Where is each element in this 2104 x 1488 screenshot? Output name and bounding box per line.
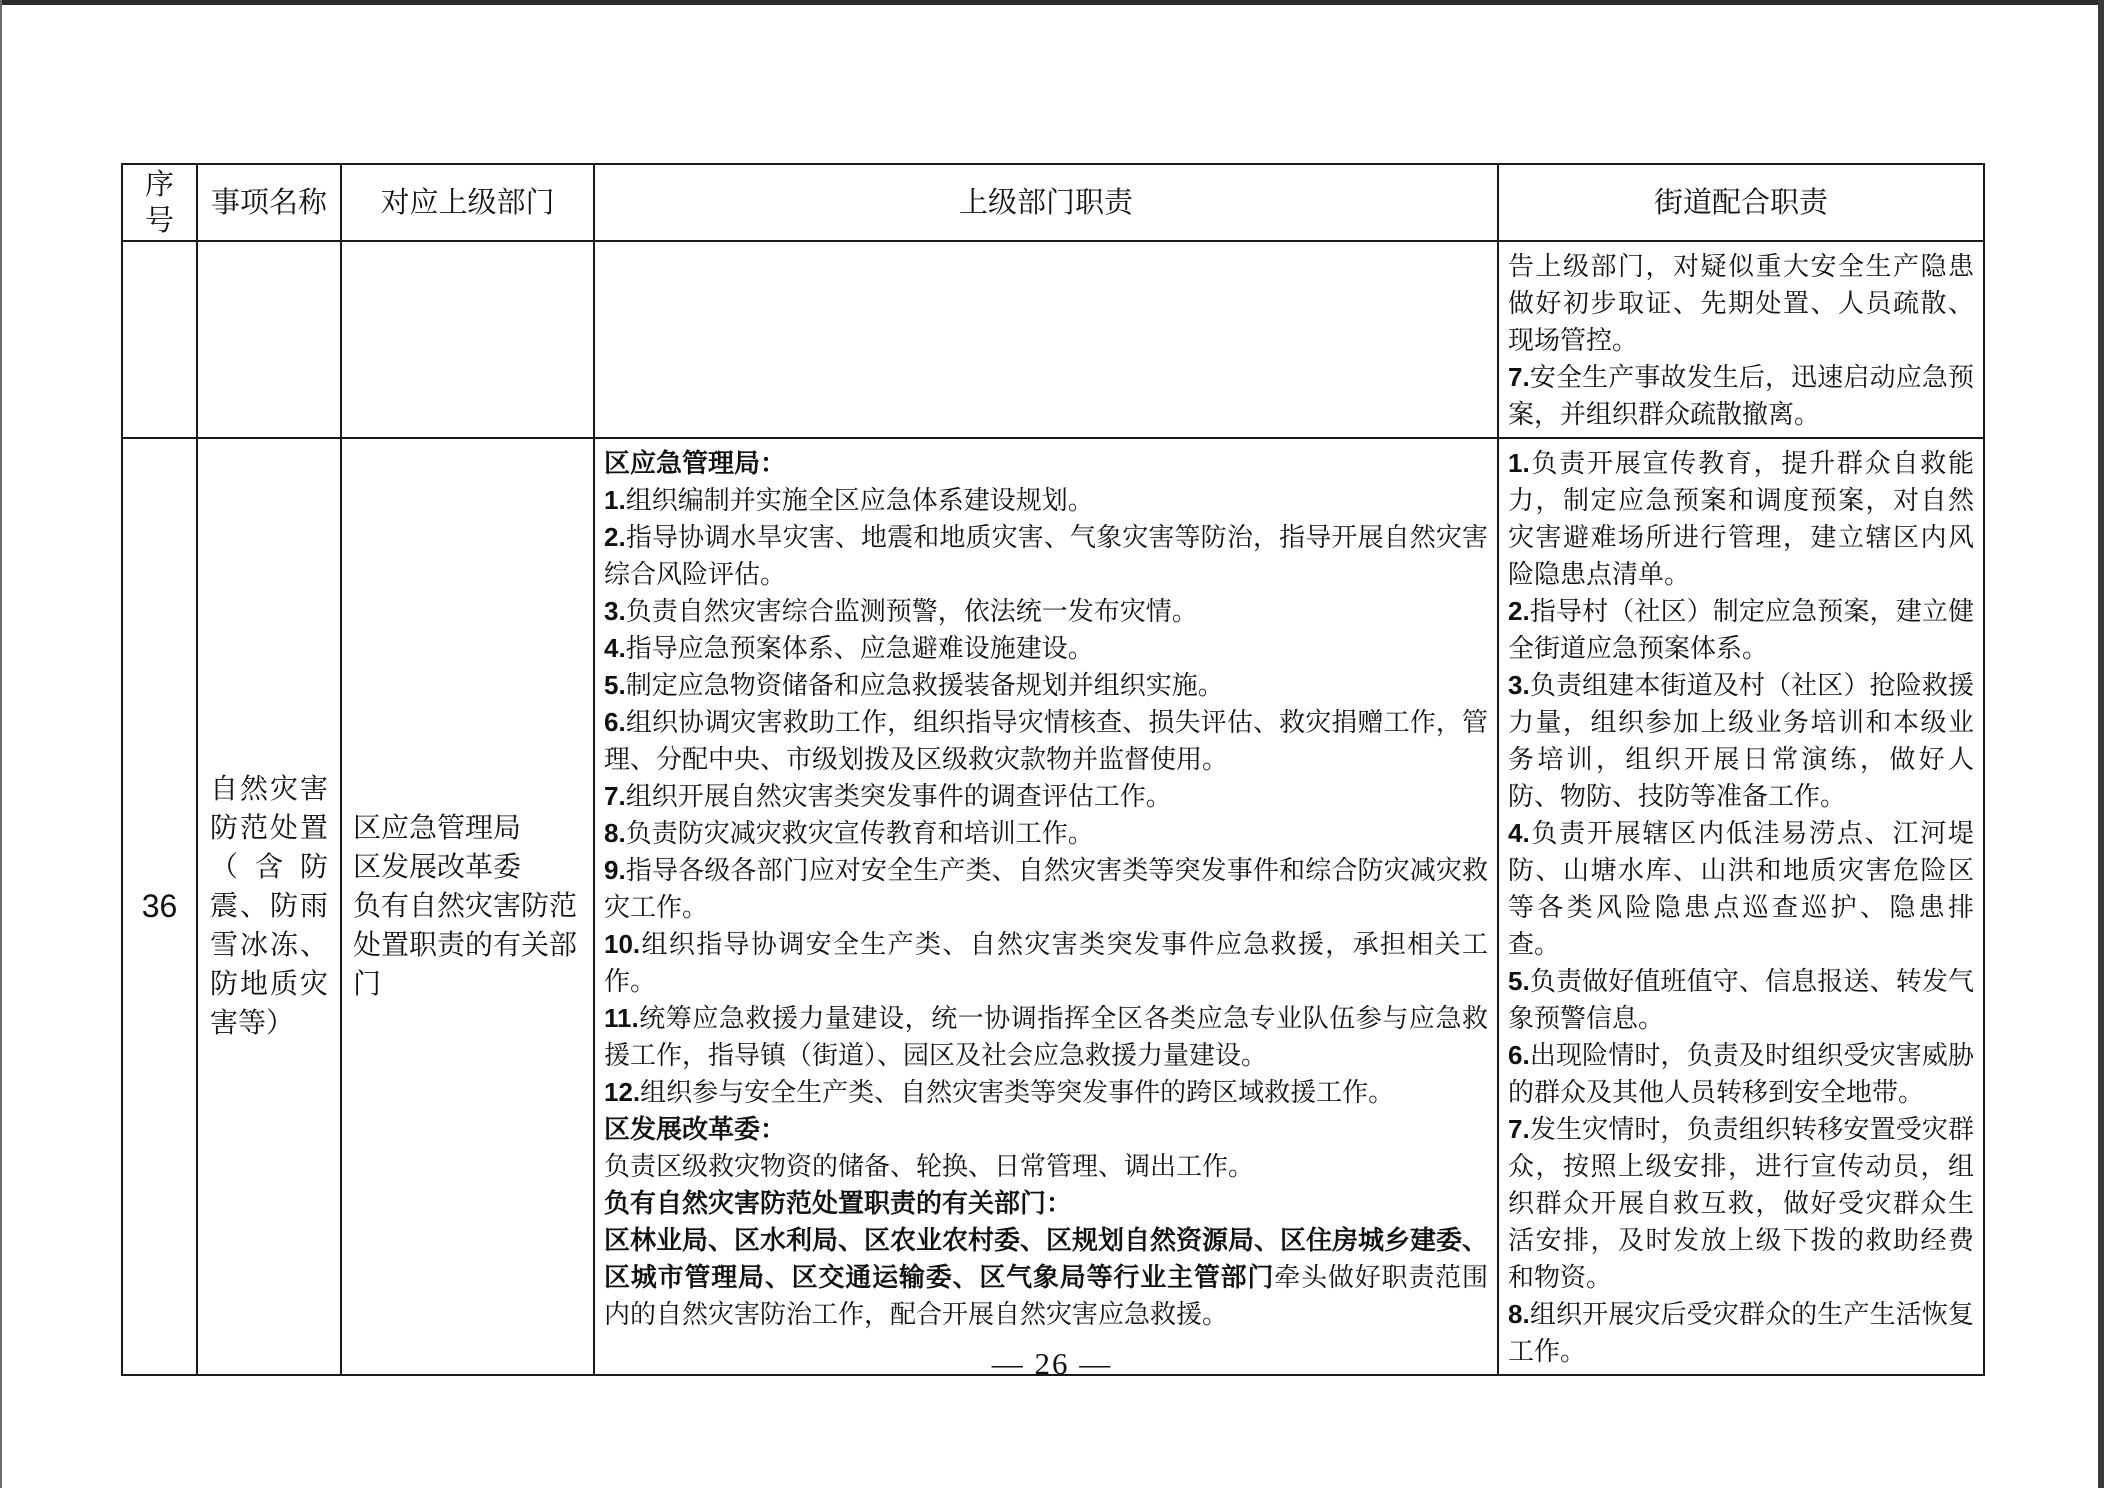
table-row-36: 36 自然灾害防范处置（含防震、防雨雪冰冻、防地质灾害等） 区应急管理局区发展改… bbox=[122, 438, 1984, 1375]
upper-departments-cell: 区应急管理局区发展改革委负有自然灾害防范处置职责的有关部门 bbox=[341, 438, 594, 1375]
carryover-street-duties-cell: 告上级部门，对疑似重大安全生产隐患做好初步取证、先期处置、人员疏散、现场管控。7… bbox=[1498, 241, 1984, 438]
item-name-cell: 自然灾害防范处置（含防震、防雨雪冰冻、防地质灾害等） bbox=[197, 438, 341, 1375]
scan-edge-left bbox=[0, 0, 2, 1488]
duty-item: 区应急管理局： bbox=[604, 445, 1488, 482]
responsibility-table: 序号 事项名称 对应上级部门 上级部门职责 街道配合职责 告上级部门，对疑似重大… bbox=[121, 163, 1985, 1376]
scan-edge-top bbox=[0, 0, 2104, 5]
duty-item: 9.指导各级各部门应对安全生产类、自然灾害类等突发事件和综合防灾减灾救灾工作。 bbox=[604, 852, 1488, 926]
duty-item: 5.负责做好值班值守、信息报送、转发气象预警信息。 bbox=[1508, 963, 1974, 1037]
header-upper-duties: 上级部门职责 bbox=[594, 164, 1498, 241]
duty-item: 4.负责开展辖区内低洼易涝点、江河堤防、山塘水库、山洪和地质灾害危险区等各类风险… bbox=[1508, 815, 1974, 963]
table-header-row: 序号 事项名称 对应上级部门 上级部门职责 街道配合职责 bbox=[122, 164, 1984, 241]
duty-item: 7.安全生产事故发生后，迅速启动应急预案，并组织群众疏散撤离。 bbox=[1508, 359, 1974, 433]
duty-item: 告上级部门，对疑似重大安全生产隐患做好初步取证、先期处置、人员疏散、现场管控。 bbox=[1508, 248, 1974, 359]
carryover-seq-cell bbox=[122, 241, 197, 438]
duty-item: 12.组织参与安全生产类、自然灾害类等突发事件的跨区域救援工作。 bbox=[604, 1074, 1488, 1111]
carryover-departments-cell bbox=[341, 241, 594, 438]
department-line: 负有自然灾害防范处置职责的有关部门 bbox=[353, 887, 582, 1004]
carryover-item-cell bbox=[197, 241, 341, 438]
item-name-text: 自然灾害防范处置（含防震、防雨雪冰冻、防地质灾害等） bbox=[210, 770, 328, 1043]
duty-item: 3.负责组建本街道及村（社区）抢险救援力量，组织参加上级业务培训和本级业务培训，… bbox=[1508, 667, 1974, 815]
header-seq-label: 序号 bbox=[143, 167, 177, 239]
duty-item: 2.指导协调水旱灾害、地震和地质灾害、气象灾害等防治，指导开展自然灾害综合风险评… bbox=[604, 519, 1488, 593]
page-number: — 26 — bbox=[0, 1346, 2104, 1382]
duty-item: 区发展改革委： bbox=[604, 1111, 1488, 1148]
duty-item: 3.负责自然灾害综合监测预警，依法统一发布灾情。 bbox=[604, 593, 1488, 630]
header-street-duties: 街道配合职责 bbox=[1498, 164, 1984, 241]
duty-item: 2.指导村（社区）制定应急预案，建立健全街道应急预案体系。 bbox=[1508, 593, 1974, 667]
duty-item: 7.组织开展自然灾害类突发事件的调查评估工作。 bbox=[604, 778, 1488, 815]
duty-item: 7.发生灾情时，负责组织转移安置受灾群众，按照上级安排，进行宣传动员，组织群众开… bbox=[1508, 1111, 1974, 1296]
department-line: 区发展改革委 bbox=[353, 848, 582, 887]
scan-edge-right bbox=[2098, 0, 2104, 1488]
department-line: 区应急管理局 bbox=[353, 809, 582, 848]
seq-number: 36 bbox=[122, 438, 197, 1375]
duty-item: 11.统筹应急救援力量建设，统一协调指挥全区各类应急专业队伍参与应急救援工作，指… bbox=[604, 1000, 1488, 1074]
duty-item: 4.指导应急预案体系、应急避难设施建设。 bbox=[604, 630, 1488, 667]
duty-item: 区林业局、区水利局、区农业农村委、区规划自然资源局、区住房城乡建委、区城市管理局… bbox=[604, 1222, 1488, 1333]
upper-duties-cell: 区应急管理局：1.组织编制并实施全区应急体系建设规划。2.指导协调水旱灾害、地震… bbox=[594, 438, 1498, 1375]
document-page: 序号 事项名称 对应上级部门 上级部门职责 街道配合职责 告上级部门，对疑似重大… bbox=[0, 0, 2104, 1488]
carryover-upper-duties-cell bbox=[594, 241, 1498, 438]
header-item-name: 事项名称 bbox=[197, 164, 341, 241]
duty-item: 10.组织指导协调安全生产类、自然灾害类突发事件应急救援，承担相关工作。 bbox=[604, 926, 1488, 1000]
header-upper-departments: 对应上级部门 bbox=[341, 164, 594, 241]
duty-item: 6.出现险情时，负责及时组织受灾害威胁的群众及其他人员转移到安全地带。 bbox=[1508, 1037, 1974, 1111]
header-seq: 序号 bbox=[122, 164, 197, 241]
table-row-carryover: 告上级部门，对疑似重大安全生产隐患做好初步取证、先期处置、人员疏散、现场管控。7… bbox=[122, 241, 1984, 438]
duty-item: 负有自然灾害防范处置职责的有关部门： bbox=[604, 1185, 1488, 1222]
duty-item: 8.负责防灾减灾救灾宣传教育和培训工作。 bbox=[604, 815, 1488, 852]
duty-item: 1.组织编制并实施全区应急体系建设规划。 bbox=[604, 482, 1488, 519]
duty-item: 1.负责开展宣传教育，提升群众自救能力，制定应急预案和调度预案，对自然灾害避难场… bbox=[1508, 445, 1974, 593]
street-duties-cell: 1.负责开展宣传教育，提升群众自救能力，制定应急预案和调度预案，对自然灾害避难场… bbox=[1498, 438, 1984, 1375]
duty-item: 负责区级救灾物资的储备、轮换、日常管理、调出工作。 bbox=[604, 1148, 1488, 1185]
duty-item: 6.组织协调灾害救助工作，组织指导灾情核查、损失评估、救灾捐赠工作，管理、分配中… bbox=[604, 704, 1488, 778]
duty-item: 5.制定应急物资储备和应急救援装备规划并组织实施。 bbox=[604, 667, 1488, 704]
